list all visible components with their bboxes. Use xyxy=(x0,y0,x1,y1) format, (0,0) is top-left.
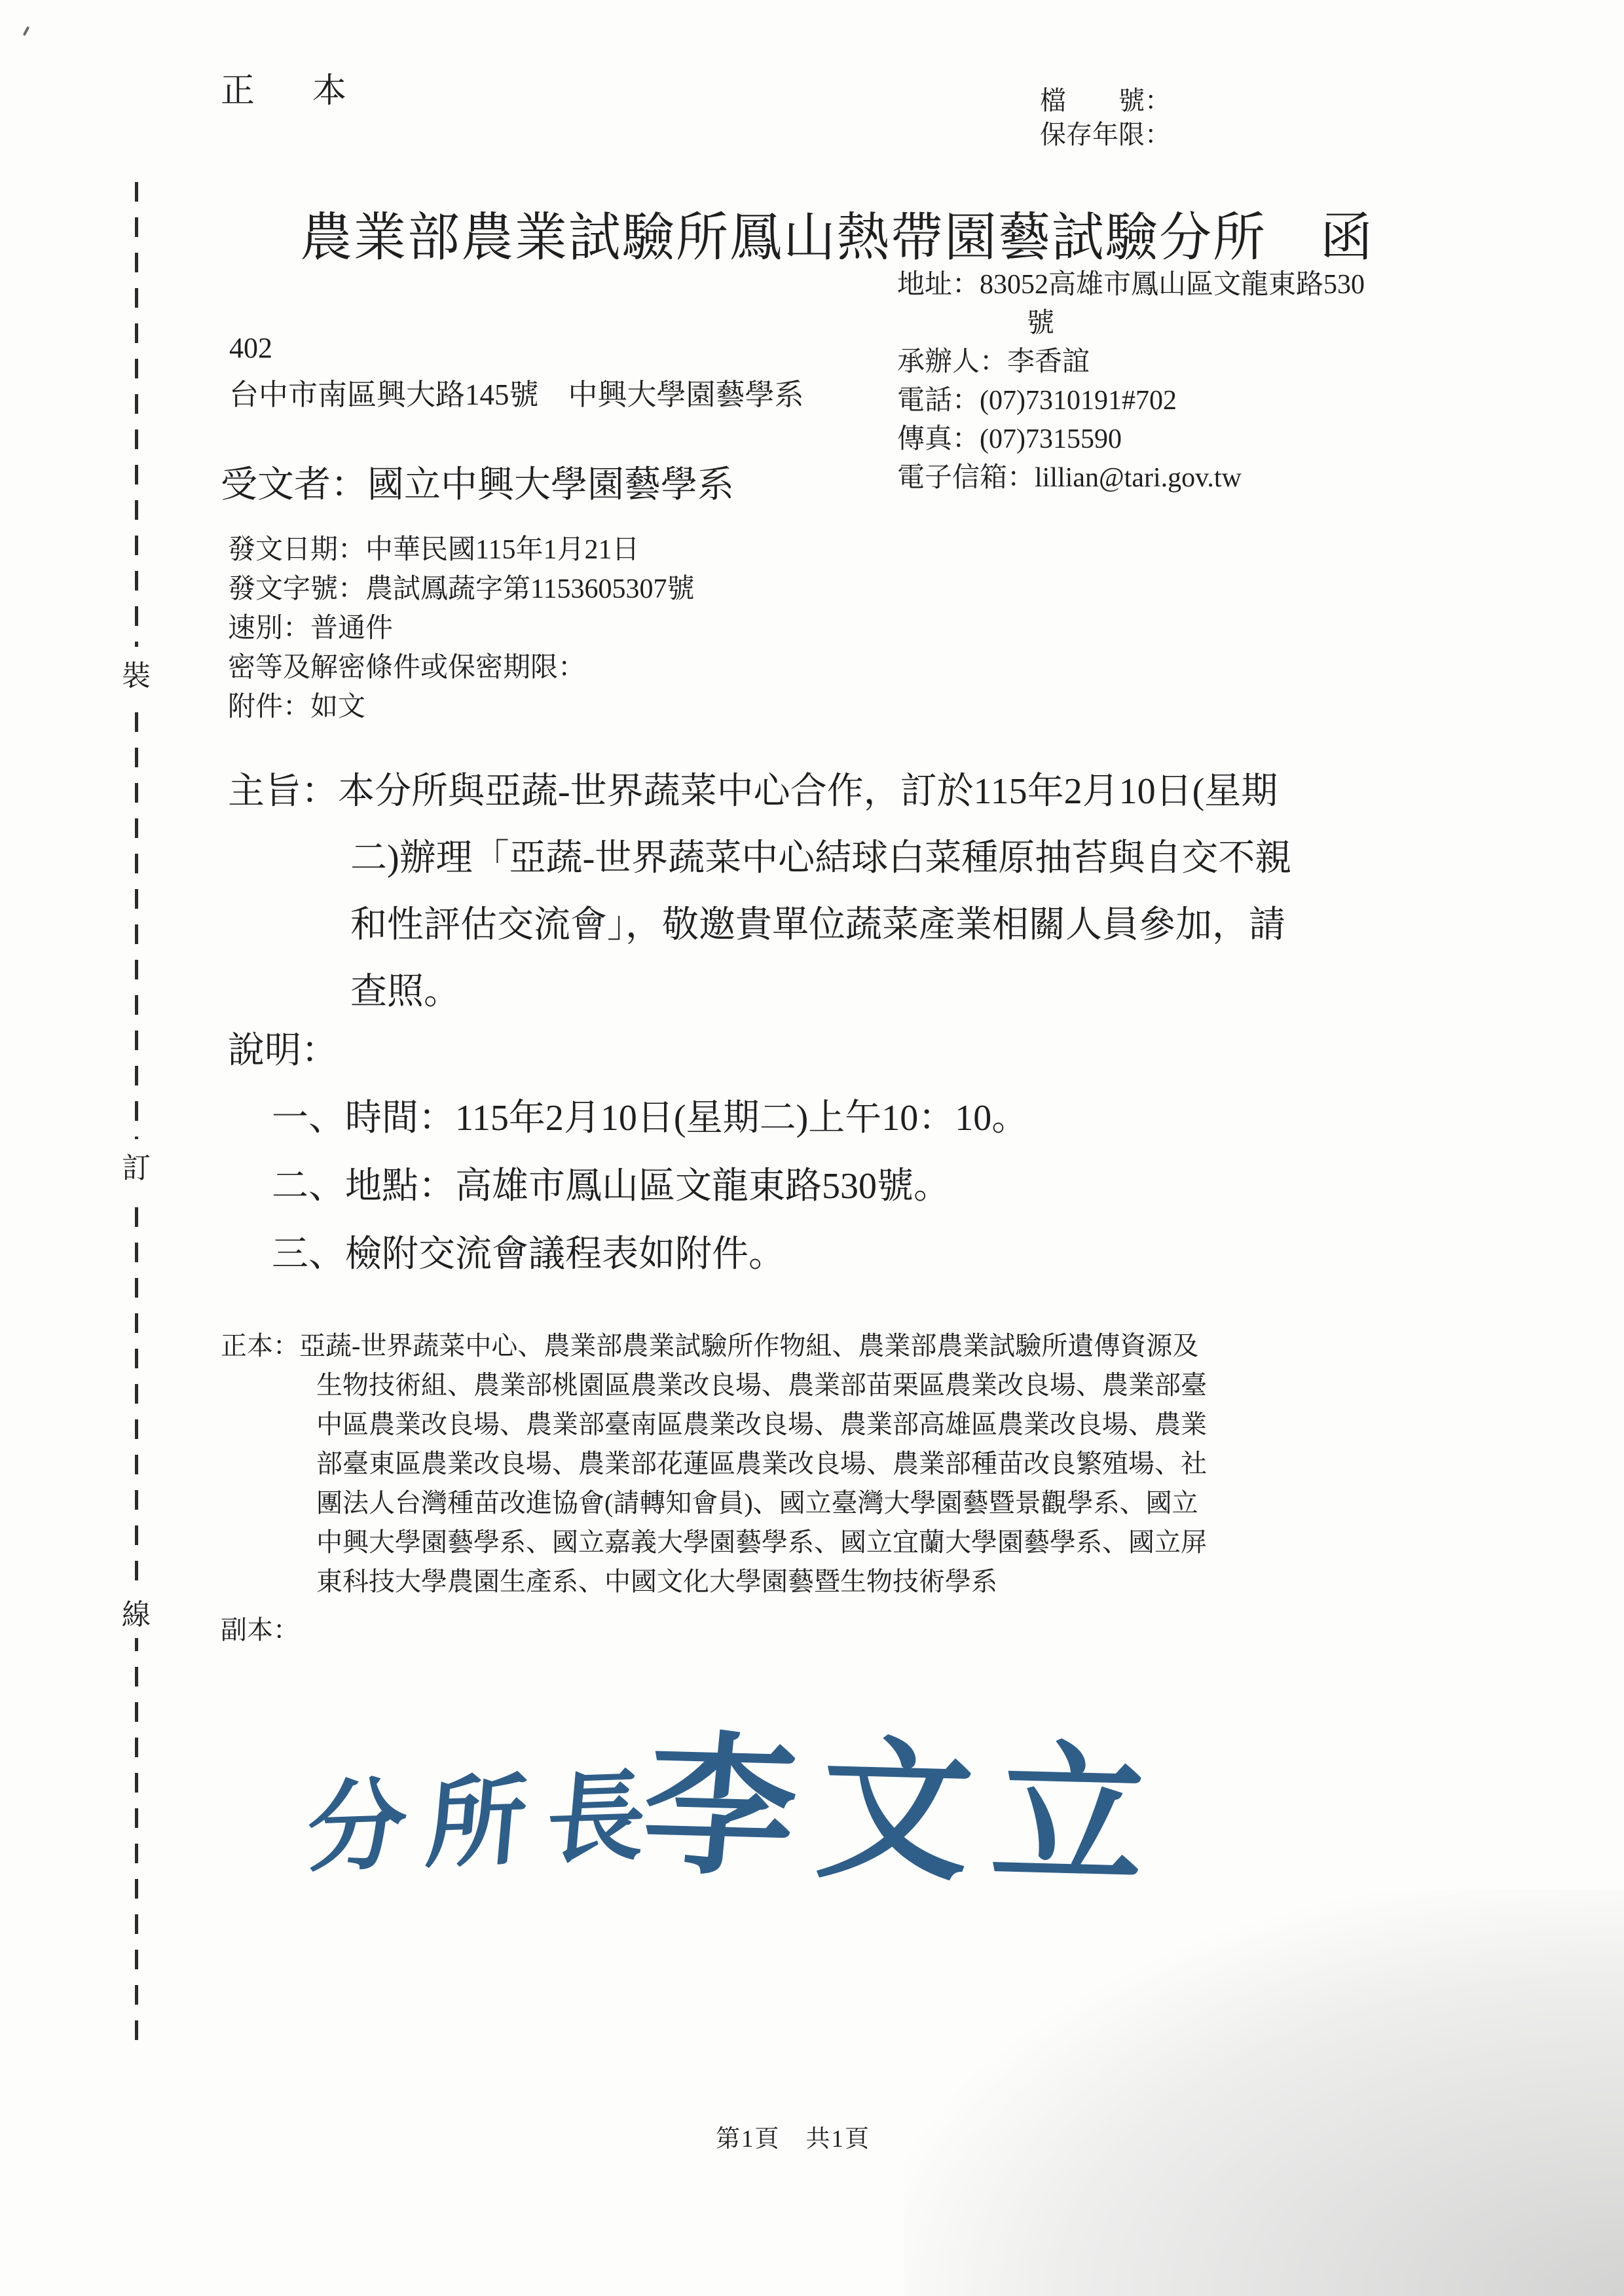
attachment-note: 附件：如文 xyxy=(228,687,694,727)
sender-fax: 傳真：(07)7315590 xyxy=(897,420,1365,459)
retention-period-label: 保存年限： xyxy=(1040,118,1171,152)
explanation-items: 一、時間：115年2月10日(星期二)上午10：10。 二、地點：高雄市鳳山區文… xyxy=(272,1084,1028,1288)
binding-mark-xian: 線 xyxy=(119,1586,154,1638)
recipient-postal-code: 402 xyxy=(229,331,272,365)
subject-line: 主旨：本分所與亞蔬-世界蔬菜中心合作，訂於115年2月10日(星期 xyxy=(228,758,1407,825)
issue-number: 發文字號：農試鳳蔬字第1153605307號 xyxy=(228,570,694,609)
classification: 密等及解密條件或保密期限： xyxy=(228,648,694,687)
sender-phone: 電話：(07)7310191#702 xyxy=(897,382,1365,420)
sender-contact-block: 地址：83052高雄市鳳山區文龍東路530 號 承辦人：李香誼 電話：(07)7… xyxy=(897,266,1365,498)
distribution-line: 團法人台灣種苗改進協會(請轉知會員)、國立臺灣大學園藝暨景觀學系、國立 xyxy=(221,1484,1412,1523)
scanned-official-letter: 正 本 檔 號： 保存年限： 農業部農業試驗所鳳山熱帶園藝試驗分所 函 地址：8… xyxy=(0,0,1624,2296)
subject-line: 查照。 xyxy=(228,958,1407,1025)
distribution-line: 東科技大學農園生產系、中國文化大學園藝暨生物技術學系 xyxy=(221,1562,1412,1601)
explanation-label: 說明： xyxy=(228,1021,338,1074)
sender-contact-person: 承辦人：李香誼 xyxy=(897,343,1365,382)
explanation-item-time: 一、時間：115年2月10日(星期二)上午10：10。 xyxy=(272,1084,1028,1152)
distribution-line: 生物技術組、農業部桃園區農業改良場、農業部苗栗區農業改良場、農業部臺 xyxy=(221,1366,1412,1405)
subject-line: 和性評估交流會」，敬邀貴單位蔬菜產業相關人員參加，請 xyxy=(228,892,1407,958)
document-title: 農業部農業試驗所鳳山熱帶園藝試驗分所 函 xyxy=(300,195,1374,270)
distribution-line: 中區農業改良場、農業部臺南區農業改良場、農業部高雄區農業改良場、農業 xyxy=(221,1405,1412,1444)
page-number-footer: 第1頁 共1頁 xyxy=(716,2119,870,2154)
copy-type-label: 正 本 xyxy=(221,63,358,112)
binding-dashed-line xyxy=(135,182,138,2048)
file-number-label: 檔 號： xyxy=(1040,84,1171,118)
sender-address-line2: 號 xyxy=(897,304,1365,343)
distribution-list: 正本：亞蔬-世界蔬菜中心、農業部農業試驗所作物組、農業部農業試驗所遺傳資源及 生… xyxy=(221,1326,1412,1650)
explanation-item-attachment: 三、檢附交流會議程表如附件。 xyxy=(272,1220,1028,1288)
subject-paragraph: 主旨：本分所與亞蔬-世界蔬菜中心合作，訂於115年2月10日(星期 二)辦理「亞… xyxy=(228,758,1407,1025)
sender-address-line1: 地址：83052高雄市鳳山區文龍東路530 xyxy=(897,266,1365,304)
distribution-line: 中興大學園藝學系、國立嘉義大學園藝學系、國立宜蘭大學園藝學系、國立屏 xyxy=(221,1523,1412,1562)
binding-mark-zhuang: 裝 xyxy=(119,647,154,699)
subject-line: 二)辦理「亞蔬-世界蔬菜中心結球白菜種原抽苔與自交不親 xyxy=(228,825,1407,892)
explanation-item-place: 二、地點：高雄市鳳山區文龍東路530號。 xyxy=(272,1152,1028,1220)
binding-mark-ding: 訂 xyxy=(119,1139,154,1192)
sender-email: 電子信箱：lillian@tari.gov.tw xyxy=(897,459,1365,498)
recipient-address: 台中市南區興大路145號 中興大學園藝學系 xyxy=(229,371,804,413)
recipient-line: 受文者：國立中興大學園藝學系 xyxy=(221,456,734,508)
file-reference-block: 檔 號： 保存年限： xyxy=(1040,84,1171,152)
distribution-line: 正本：亞蔬-世界蔬菜中心、農業部農業試驗所作物組、農業部農業試驗所遺傳資源及 xyxy=(221,1326,1412,1366)
scanner-shadow xyxy=(904,1890,1624,2296)
scan-artifact xyxy=(23,26,30,36)
distribution-line: 部臺東區農業改良場、農業部花蓮區農業改良場、農業部種苗改良繁殖場、社 xyxy=(221,1444,1412,1484)
signature-title: 分所長 xyxy=(303,1737,674,1891)
cc-label: 副本： xyxy=(221,1611,1412,1650)
issue-date: 發文日期：中華民國115年1月21日 xyxy=(228,530,694,570)
document-metadata: 發文日期：中華民國115年1月21日 發文字號：農試鳳蔬字第1153605307… xyxy=(228,530,694,727)
signature-name: 李文立 xyxy=(635,1684,1181,1916)
priority: 速別：普通件 xyxy=(228,609,694,648)
